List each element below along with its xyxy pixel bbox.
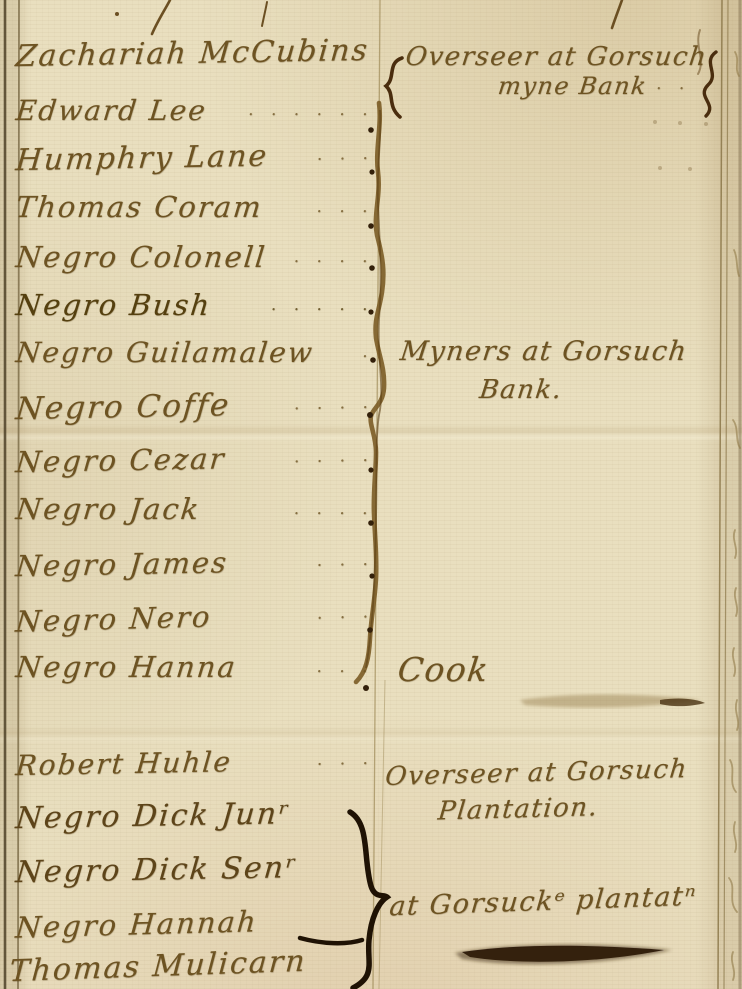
station-overseer-mine-bank: Overseer at Gorsuch myne Bank · · [400, 42, 709, 100]
name-entry: Negro Nero · · · [8, 595, 376, 639]
station-line1: Myners at Gorsuch [398, 336, 689, 367]
manuscript-page: Zachariah McCubins Edward Lee · · · · · … [0, 0, 742, 989]
name-entry: Negro Dick Junʳ [8, 795, 376, 836]
station-line2: Bank. [478, 375, 685, 405]
name-text: Negro Dick Senʳ [14, 850, 299, 890]
station-at-plantation: at Gorsuckᵉ plantatⁿ [388, 881, 698, 923]
name-entry: Negro Colonell · · · · [8, 240, 376, 274]
dot-leader: · · · [316, 607, 375, 628]
brace-open-icon [386, 58, 402, 117]
name-entry: Negro Hannah [8, 901, 376, 945]
name-text: Zachariah McCubins [14, 33, 370, 74]
name-text: Negro Colonell [14, 240, 268, 274]
dot-leader: · · [655, 79, 692, 99]
ink-smear-blur [455, 944, 672, 964]
name-entry: Negro Guilamalew · [8, 336, 375, 369]
name-text: Negro Guilamalew [14, 336, 315, 369]
station-overseer-plantation: Overseer at Gorsuch Plantation. [380, 754, 689, 828]
name-text: Thomas Mulicarn [8, 944, 308, 989]
dot-leader: · · · · [293, 252, 375, 272]
name-text: Thomas Coram [14, 190, 264, 224]
station-line2: myne Bank · · [496, 72, 705, 100]
name-entry: Negro Hanna · · · [8, 650, 376, 684]
name-entry: Negro Cezar · · · · [8, 439, 376, 479]
name-text: Negro James [14, 545, 229, 583]
dot-leader: · [361, 347, 375, 367]
station-line2-text: myne Bank [496, 72, 649, 100]
name-text: Negro Cezar [14, 441, 227, 479]
name-entry: Edward Lee · · · · · · [8, 94, 375, 127]
dot-leader: · · · [316, 149, 375, 170]
clipped-margin-glyphs [729, 52, 740, 980]
station-line1: Cook [396, 650, 492, 689]
ink-smear [462, 946, 664, 962]
name-entry: Thomas Coram · · · [8, 190, 376, 224]
name-text: Negro Coffe [14, 387, 232, 427]
name-text: Negro Dick Junʳ [14, 796, 292, 836]
name-entry: Zachariah McCubins [8, 33, 376, 74]
name-text: Negro Bush [14, 288, 213, 322]
name-entry: Negro Bush · · · · · [8, 288, 376, 322]
station-line2: Plantation. [437, 790, 686, 826]
name-text: Humphry Lane [14, 139, 270, 178]
name-text: Edward Lee [14, 94, 208, 127]
dot-leader: · · · · · · [247, 105, 375, 125]
dot-leader: · · · · [293, 451, 375, 472]
dot-leader: · · · · · [270, 300, 375, 320]
name-entry: Negro Coffe · · · · [8, 385, 376, 427]
station-cook: Cook [396, 650, 492, 689]
fold-crease [0, 726, 742, 744]
ink-smudge [520, 694, 702, 707]
column-rule-right [718, 0, 740, 989]
dot-leader: · · · [316, 555, 375, 576]
name-text: Negro Jack [14, 492, 202, 526]
name-entry: Humphry Lane · · · [8, 137, 376, 178]
dot-leader: · · · · [293, 504, 375, 524]
station-line1: at Gorsuckᵉ plantatⁿ [388, 881, 698, 923]
ink-smudge-dark [660, 699, 705, 707]
name-entry: Negro Dick Senʳ [8, 849, 376, 890]
name-text: Negro Hannah [14, 904, 259, 944]
name-entry: Negro James · · · [8, 543, 376, 583]
dot-leader: · · · [315, 662, 374, 682]
dot-leader: · · · [315, 202, 374, 222]
name-text: Negro Nero [14, 599, 213, 638]
name-entry: Negro Jack · · · · [8, 492, 376, 526]
name-entry: Robert Huhle · · · [8, 743, 376, 782]
station-line1: Overseer at Gorsuch [384, 754, 689, 792]
station-line1: Overseer at Gorsuch [404, 42, 709, 72]
bleed-dots [653, 120, 708, 171]
name-text: Robert Huhle [14, 745, 233, 782]
name-text: Negro Hanna [14, 650, 238, 684]
dot-leader: · · · · [293, 398, 375, 419]
station-myners-bank: Myners at Gorsuch Bank. [394, 336, 690, 405]
name-entry: Thomas Mulicarn [2, 942, 370, 989]
dot-leader: · · · [316, 754, 375, 775]
